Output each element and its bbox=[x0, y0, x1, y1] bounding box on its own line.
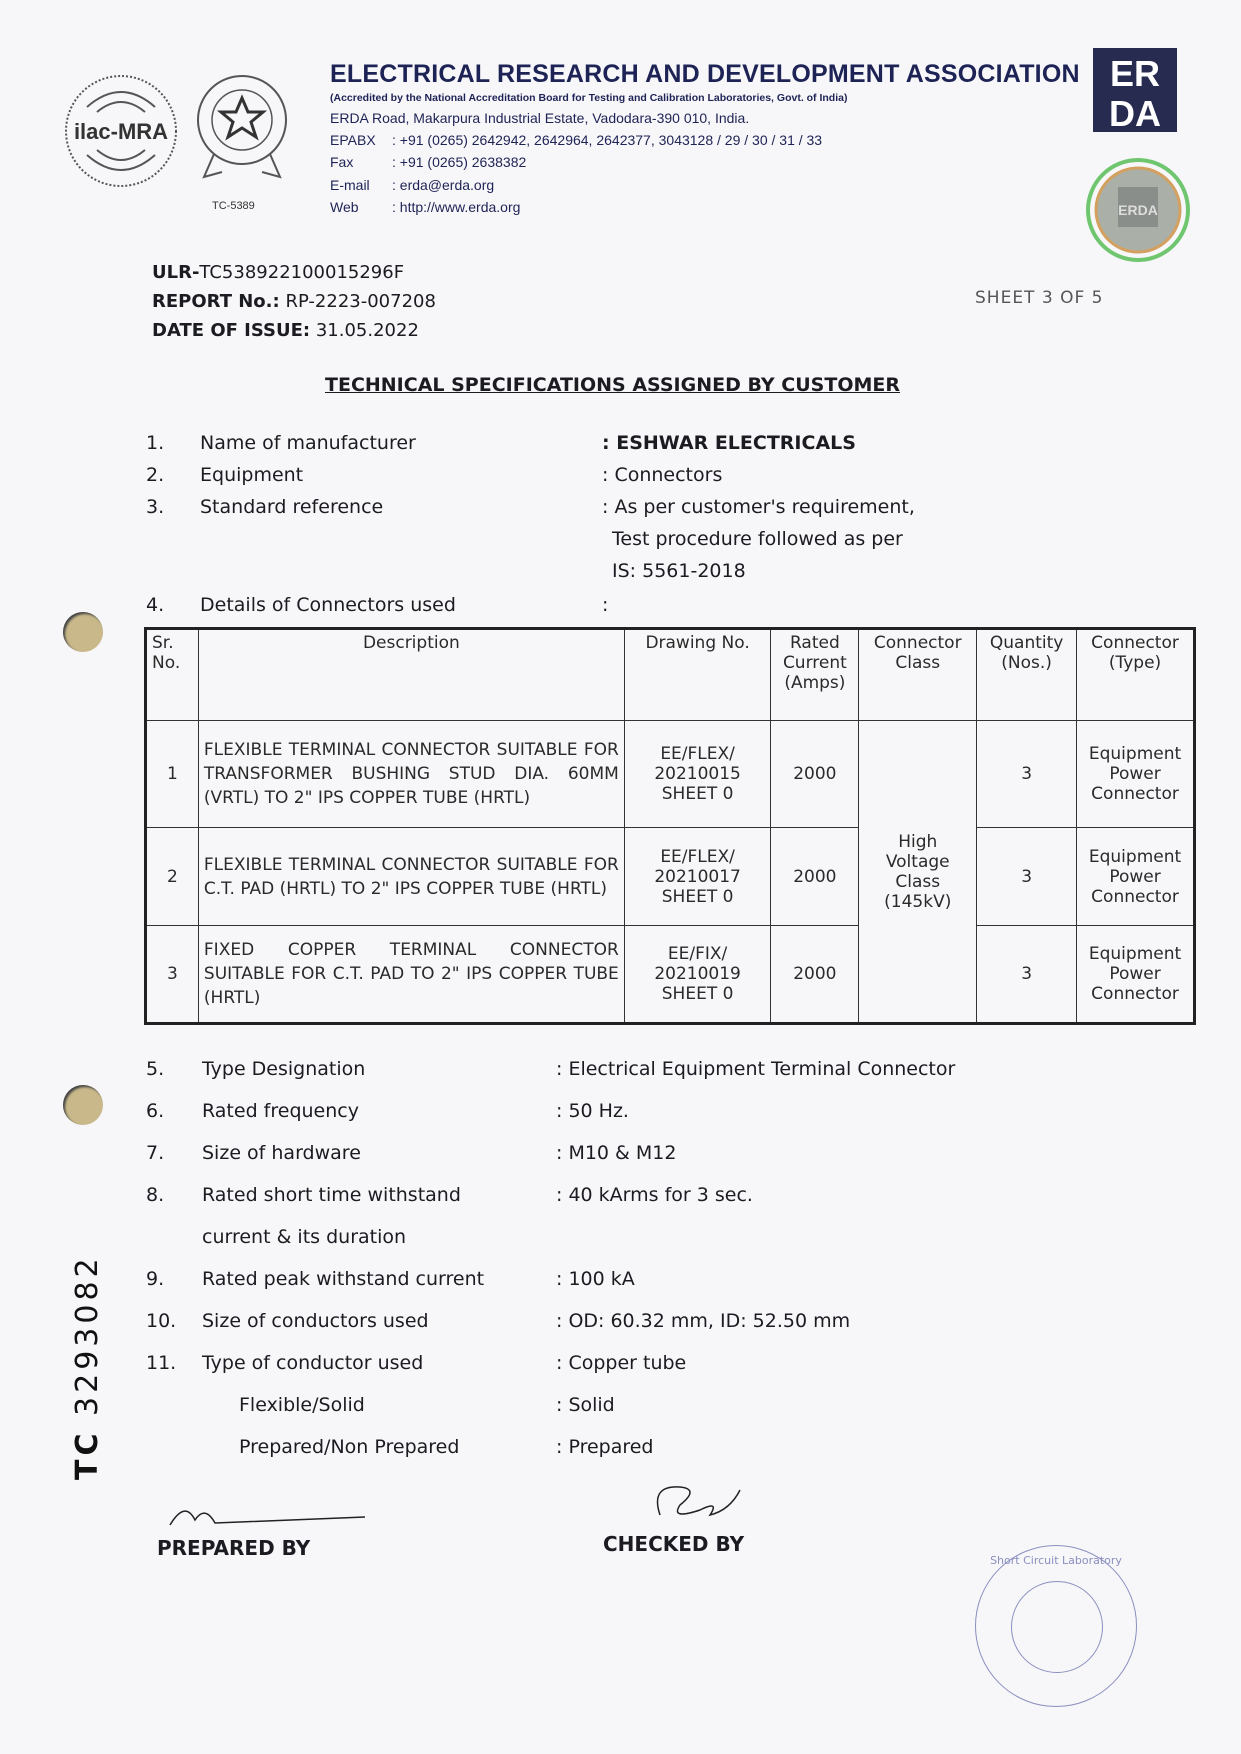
spec-label: Size of hardware bbox=[202, 1142, 361, 1164]
header-rated-current: Rated Current (Amps) bbox=[771, 629, 859, 721]
header-sr-no: Sr. No. bbox=[146, 629, 199, 721]
prepared-signature bbox=[165, 1495, 375, 1535]
spec-number: 7. bbox=[146, 1142, 164, 1164]
punch-hole bbox=[63, 1085, 103, 1125]
ulr-number: ULR-TC538922100015296F bbox=[152, 262, 404, 283]
contact-email: E-mail: erda@erda.org bbox=[330, 177, 494, 193]
header-description: Description bbox=[198, 629, 624, 721]
svg-text:ilac-MRA: ilac-MRA bbox=[74, 119, 168, 144]
spec-number: 9. bbox=[146, 1268, 164, 1290]
checked-by-label: CHECKED BY bbox=[603, 1532, 744, 1556]
side-code: TC 3293082 bbox=[70, 1254, 105, 1480]
ilac-mra-logo: ilac-MRA bbox=[62, 72, 180, 190]
spec-label: Type of conductor used bbox=[202, 1352, 423, 1374]
erda-logo: ER DA bbox=[1093, 48, 1177, 132]
svg-text:DA: DA bbox=[1109, 93, 1161, 132]
org-name: ELECTRICAL RESEARCH AND DEVELOPMENT ASSO… bbox=[330, 60, 1080, 89]
spec-label: Flexible/Solid bbox=[239, 1394, 365, 1416]
hologram-seal: ERDA bbox=[1083, 155, 1193, 265]
header-quantity: Quantity (Nos.) bbox=[977, 629, 1077, 721]
spec-value: : Copper tube bbox=[556, 1352, 686, 1374]
nabl-code: TC-5389 bbox=[212, 200, 255, 212]
spec-number: 5. bbox=[146, 1058, 164, 1080]
accreditation-note: (Accredited by the National Accreditatio… bbox=[330, 92, 847, 104]
checked-signature bbox=[640, 1475, 750, 1535]
nabl-logo bbox=[192, 72, 292, 190]
section-title: TECHNICAL SPECIFICATIONS ASSIGNED BY CUS… bbox=[325, 374, 900, 396]
spec-number: 11. bbox=[146, 1352, 176, 1374]
table-row: 2 FLEXIBLE TERMINAL CONNECTOR SUITABLE F… bbox=[146, 828, 1195, 926]
sheet-indicator: SHEET 3 OF 5 bbox=[975, 288, 1103, 308]
spec-value: : 50 Hz. bbox=[556, 1100, 629, 1122]
spec-value: : OD: 60.32 mm, ID: 52.50 mm bbox=[556, 1310, 850, 1332]
header-drawing-no: Drawing No. bbox=[624, 629, 771, 721]
org-address: ERDA Road, Makarpura Industrial Estate, … bbox=[330, 110, 749, 126]
spec-value: : M10 & M12 bbox=[556, 1142, 676, 1164]
connector-class-cell: High Voltage Class (145kV) bbox=[859, 721, 977, 1024]
header-connector-class: Connector Class bbox=[859, 629, 977, 721]
contact-fax: Fax: +91 (0265) 2638382 bbox=[330, 154, 526, 170]
svg-text:ERDA: ERDA bbox=[1118, 202, 1158, 218]
spec-label: Type Designation bbox=[202, 1058, 365, 1080]
report-number: REPORT No.: RP-2223-007208 bbox=[152, 291, 436, 312]
spec-value: : 40 kArms for 3 sec. bbox=[556, 1184, 753, 1206]
spec-value: : 100 kA bbox=[556, 1268, 635, 1290]
spec-value: : Solid bbox=[556, 1394, 615, 1416]
spec-number: 10. bbox=[146, 1310, 176, 1332]
spec-label: Size of conductors used bbox=[202, 1310, 429, 1332]
spec-label: Prepared/Non Prepared bbox=[239, 1436, 459, 1458]
table-row: 3 FIXED COPPER TERMINAL CONNECTOR SUITAB… bbox=[146, 926, 1195, 1024]
connectors-table: Sr. No. Description Drawing No. Rated Cu… bbox=[144, 627, 1196, 1025]
table-header-row: Sr. No. Description Drawing No. Rated Cu… bbox=[146, 629, 1195, 721]
prepared-by-label: PREPARED BY bbox=[157, 1536, 310, 1560]
punch-hole bbox=[63, 612, 103, 652]
spec-label: Rated short time withstand bbox=[202, 1184, 461, 1206]
date-of-issue: DATE OF ISSUE: 31.05.2022 bbox=[152, 320, 419, 341]
spec-label: Rated peak withstand current bbox=[202, 1268, 484, 1290]
spec-value: : Prepared bbox=[556, 1436, 654, 1458]
spec-value: : Electrical Equipment Terminal Connecto… bbox=[556, 1058, 955, 1080]
spec-label: Rated frequency bbox=[202, 1100, 359, 1122]
table-row: 1 FLEXIBLE TERMINAL CONNECTOR SUITABLE F… bbox=[146, 721, 1195, 828]
spec-label: current & its duration bbox=[202, 1226, 406, 1248]
laboratory-stamp: Short Circuit Laboratory bbox=[975, 1545, 1137, 1707]
contact-web: Web: http://www.erda.org bbox=[330, 199, 520, 215]
contact-epabx: EPABX: +91 (0265) 2642942, 2642964, 2642… bbox=[330, 132, 822, 148]
svg-text:ER: ER bbox=[1110, 53, 1160, 94]
spec-number: 8. bbox=[146, 1184, 164, 1206]
header-connector-type: Connector (Type) bbox=[1077, 629, 1195, 721]
spec-number: 6. bbox=[146, 1100, 164, 1122]
